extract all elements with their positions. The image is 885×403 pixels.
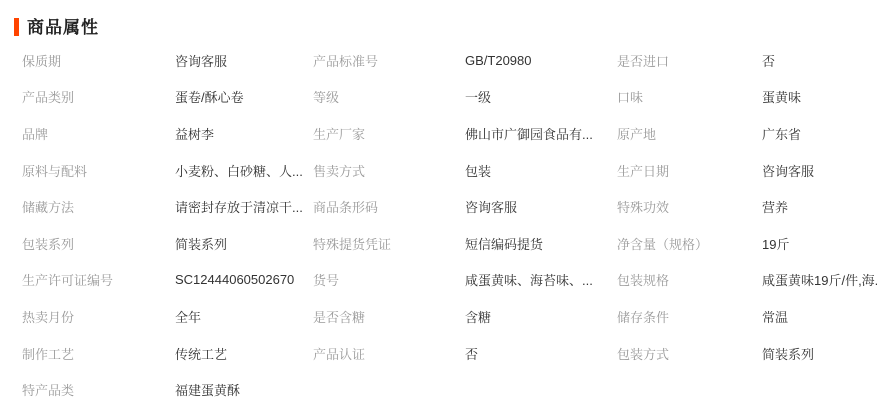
attribute-value: 佛山市广御园食品有... — [465, 124, 617, 143]
attribute-value: 益树李 — [175, 124, 313, 143]
attribute-row: 储藏方法请密封存放于清凉干...商品条形码咨询客服特殊功效营养 — [22, 188, 877, 225]
attribute-value: 常温 — [762, 307, 877, 326]
attribute-value: 全年 — [175, 307, 313, 326]
attribute-label: 储存条件 — [617, 307, 762, 326]
attribute-label: 生产许可证编号 — [22, 270, 175, 289]
attribute-label: 热卖月份 — [22, 307, 175, 326]
attribute-row: 产品类别蛋卷/酥心卷等级一级口味蛋黄味 — [22, 79, 877, 116]
attribute-value: 蛋黄味 — [762, 87, 877, 106]
attribute-label: 口味 — [617, 87, 762, 106]
attribute-value: 营养 — [762, 197, 877, 216]
attribute-label: 商品条形码 — [313, 197, 465, 216]
attribute-value: 咸蛋黄味19斤/件,海... — [762, 270, 877, 289]
attribute-value: 简装系列 — [762, 344, 877, 363]
attribute-value: 咨询客服 — [465, 197, 617, 216]
attribute-label: 生产日期 — [617, 161, 762, 180]
attribute-label: 产品标准号 — [313, 51, 465, 70]
attribute-label: 特产品类 — [22, 380, 175, 399]
attribute-row: 原料与配料小麦粉、白砂糖、人...售卖方式包装生产日期咨询客服 — [22, 152, 877, 189]
attributes-table: 保质期咨询客服产品标准号GB/T20980是否进口否产品类别蛋卷/酥心卷等级一级… — [0, 42, 885, 403]
attribute-row: 生产许可证编号SC12444060502670货号咸蛋黄味、海苔味、...包装规… — [22, 262, 877, 299]
attribute-row: 热卖月份全年是否含糖含糖储存条件常温 — [22, 298, 877, 335]
attribute-value: 一级 — [465, 87, 617, 106]
attribute-value: SC12444060502670 — [175, 272, 313, 287]
attribute-label: 是否进口 — [617, 51, 762, 70]
attribute-label: 品牌 — [22, 124, 175, 143]
attribute-label: 包装方式 — [617, 344, 762, 363]
product-attributes-section: 商品属性 保质期咨询客服产品标准号GB/T20980是否进口否产品类别蛋卷/酥心… — [0, 0, 885, 403]
attribute-value: 否 — [465, 344, 617, 363]
attribute-label: 净含量（规格） — [617, 234, 762, 253]
attribute-label: 特殊提货凭证 — [313, 234, 465, 253]
attribute-label: 储藏方法 — [22, 197, 175, 216]
attribute-label: 售卖方式 — [313, 161, 465, 180]
accent-bar-icon — [14, 18, 19, 36]
attribute-value: 含糖 — [465, 307, 617, 326]
attribute-row: 特产品类福建蛋黄酥 — [22, 371, 877, 403]
attribute-label: 货号 — [313, 270, 465, 289]
attribute-label: 原产地 — [617, 124, 762, 143]
section-header: 商品属性 — [0, 0, 885, 38]
attribute-value: 包装 — [465, 161, 617, 180]
attribute-label: 产品类别 — [22, 87, 175, 106]
attribute-value: 咸蛋黄味、海苔味、... — [465, 270, 617, 289]
attribute-value: 请密封存放于清凉干... — [175, 197, 313, 216]
attribute-value: 广东省 — [762, 124, 877, 143]
attribute-value: 福建蛋黄酥 — [175, 380, 313, 399]
attribute-value: 咨询客服 — [175, 51, 313, 70]
attribute-value: 否 — [762, 51, 877, 70]
attribute-value: 传统工艺 — [175, 344, 313, 363]
attribute-label: 特殊功效 — [617, 197, 762, 216]
attribute-value: 蛋卷/酥心卷 — [175, 87, 313, 106]
attribute-row: 保质期咨询客服产品标准号GB/T20980是否进口否 — [22, 42, 877, 79]
attribute-value: 19斤 — [762, 234, 877, 253]
attribute-row: 品牌益树李生产厂家佛山市广御园食品有...原产地广东省 — [22, 115, 877, 152]
attribute-label: 生产厂家 — [313, 124, 465, 143]
section-title: 商品属性 — [27, 19, 99, 36]
attribute-value: GB/T20980 — [465, 53, 617, 68]
attribute-label: 制作工艺 — [22, 344, 175, 363]
attribute-label: 等级 — [313, 87, 465, 106]
attribute-label: 原料与配料 — [22, 161, 175, 180]
attribute-row: 包装系列简装系列特殊提货凭证短信编码提货净含量（规格）19斤 — [22, 225, 877, 262]
attribute-row: 制作工艺传统工艺产品认证否包装方式简装系列 — [22, 335, 877, 372]
attribute-value: 咨询客服 — [762, 161, 877, 180]
attribute-label: 保质期 — [22, 51, 175, 70]
attribute-label: 包装系列 — [22, 234, 175, 253]
attribute-label: 包装规格 — [617, 270, 762, 289]
attribute-value: 简装系列 — [175, 234, 313, 253]
attribute-label: 产品认证 — [313, 344, 465, 363]
attribute-label: 是否含糖 — [313, 307, 465, 326]
attribute-value: 短信编码提货 — [465, 234, 617, 253]
attribute-value: 小麦粉、白砂糖、人... — [175, 161, 313, 180]
